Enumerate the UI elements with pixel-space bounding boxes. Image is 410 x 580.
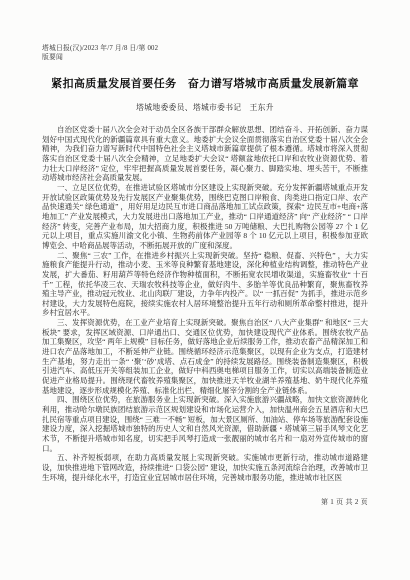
article-body: 自治区党委十届八次全会对于动员全区各族干部群众解放思想、团结奋斗、开拓创新、奋力…	[42, 125, 368, 482]
article-byline: 塔城地委委员、塔城市委书记 王东升	[42, 102, 368, 113]
paragraph-section-4: 四、围绕区位优势，在旅游服务业上实现新突破。深入实施旅游兴疆战略，加快文旅资源转…	[42, 395, 368, 453]
article-title: 紧扣高质量发展首要任务 奋力谱写塔城市高质量发展新篇章	[42, 77, 368, 91]
paragraph-section-5: 五、补齐短板弱项，在助力高质量发展上实现新突破。实施城市更新行动，推动城市道路建…	[42, 453, 368, 482]
page-number: 第 1 页 共 2 页	[321, 497, 368, 507]
paragraph-section-3: 三、发挥资源优势，在工业产业培育上实现新突破。聚焦自治区“ 八大产业集群” 和地…	[42, 318, 368, 395]
newspaper-article-page: 塔城日报(汉)/2023 年/7 月/8 日/第 002 版要闻 紧扣高质量发展…	[0, 0, 410, 580]
paragraph-section-2: 二、聚焦“ 三农” 工作，在推进乡村振兴上实现新突破。坚持“ 稳粮、促畜、兴特色…	[42, 251, 368, 319]
masthead-line1: 塔城日报(汉)/2023 年/7 月/8 日/第 002	[42, 44, 368, 53]
paragraph-intro: 自治区党委十届八次全会对于动员全区各族干部群众解放思想、团结奋斗、开拓创新、奋力…	[42, 125, 368, 183]
paragraph-section-1: 一、立足区位优势，在推进试验区塔城市分区建设上实现新突破。充分发挥新疆塔城重点开…	[42, 183, 368, 251]
masthead-line2: 版要闻	[42, 53, 368, 62]
masthead: 塔城日报(汉)/2023 年/7 月/8 日/第 002 版要闻	[42, 44, 368, 62]
